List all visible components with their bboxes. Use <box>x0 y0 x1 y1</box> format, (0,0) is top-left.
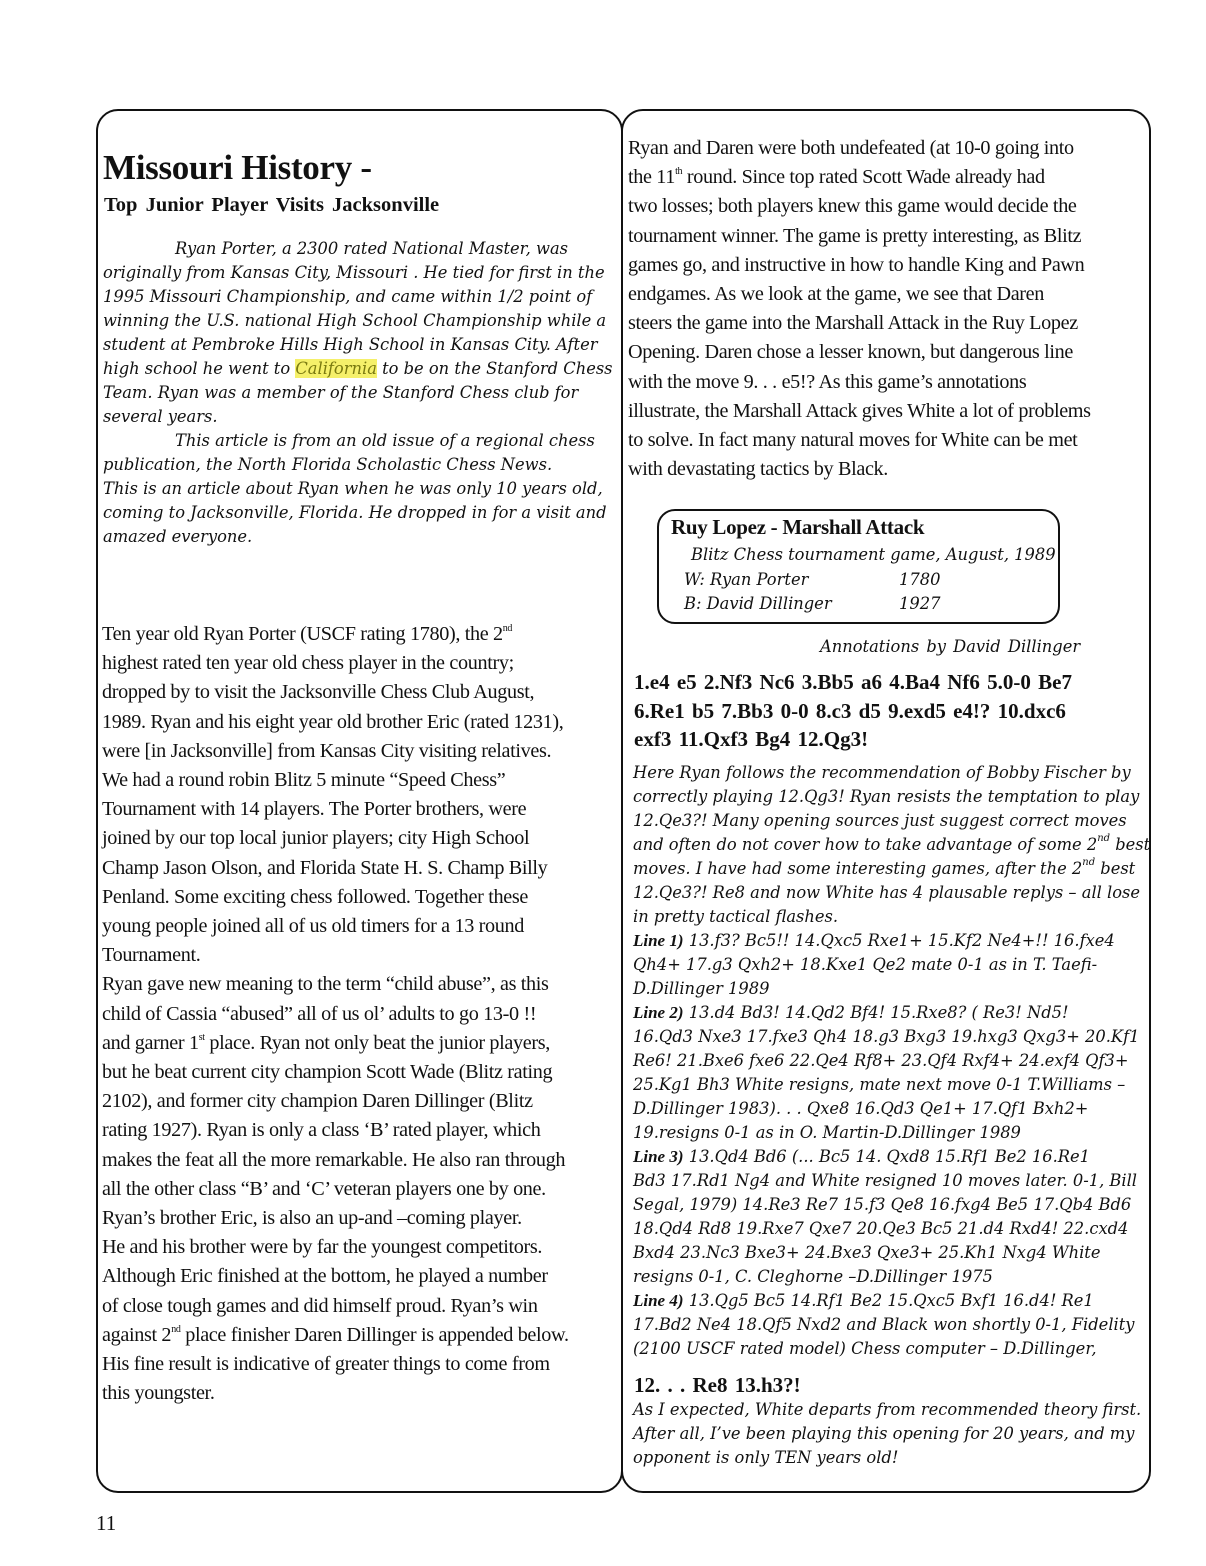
variation-line: Line 3) 13.Qd4 Bd6 (... Bc5 14. Qxd8 15.… <box>633 1145 1150 1169</box>
move-line: exf3 11.Qxf3 Bg4 12.Qg3! <box>634 725 1072 754</box>
body-line: the 11th round. Since top rated Scott Wa… <box>628 163 1148 192</box>
page-number: 11 <box>96 1511 116 1536</box>
superscript: st <box>199 1032 205 1043</box>
body-line: We had a round robin Blitz 5 minute “Spe… <box>102 766 622 795</box>
intro-line: coming to Jacksonville, Florida. He drop… <box>103 501 623 525</box>
article-title: Missouri History - <box>103 148 372 188</box>
note-line: Qh4+ 17.g3 Qxh2+ 18.Kxe1 Qe2 mate 0-1 as… <box>633 953 1150 977</box>
main-moves: 1.e4 e5 2.Nf3 Nc6 3.Bb5 a6 4.Ba4 Nf6 5.0… <box>634 668 1072 754</box>
body-line: rating 1927). Ryan is only a class ‘B’ r… <box>102 1116 622 1145</box>
note-line: 19.resigns 0-1 as in O. Martin-D.Dilling… <box>633 1121 1150 1145</box>
body-line: Ryan’s brother Eric, is also an up-and –… <box>102 1204 622 1233</box>
body-line: steers the game into the Marshall Attack… <box>628 309 1148 338</box>
variation-line: Line 4) 13.Qg5 Bc5 14.Rf1 Be2 15.Qxc5 Bx… <box>633 1289 1150 1313</box>
body-line: were [in Jacksonville] from Kansas City … <box>102 737 622 766</box>
move-line: 6.Re1 b5 7.Bb3 0-0 8.c3 d5 9.exd5 e4!? 1… <box>634 697 1072 726</box>
intro-line: high school he went to California to be … <box>103 357 623 381</box>
body-line: this youngster. <box>102 1379 622 1408</box>
note-line: After all, I’ve been playing this openin… <box>633 1422 1141 1446</box>
variation-line: Line 2) 13.d4 Bd3! 14.Qd2 Bf4! 15.Rxe8? … <box>633 1001 1150 1025</box>
body-line: against 2nd place finisher Daren Dilling… <box>102 1321 622 1350</box>
body-line: 1989. Ryan and his eight year old brothe… <box>102 708 622 737</box>
intro-line: Team. Ryan was a member of the Stanford … <box>103 381 623 405</box>
superscript: nd <box>171 1324 180 1335</box>
body-line: Ten year old Ryan Porter (USCF rating 17… <box>102 620 622 649</box>
intro-paragraph: Ryan Porter, a 2300 rated National Maste… <box>103 237 623 549</box>
note-line: 17.Bd2 Ne4 18.Qf5 Nxd2 and Black won sho… <box>633 1313 1150 1337</box>
right-body-text: Ryan and Daren were both undefeated (at … <box>628 134 1148 484</box>
intro-line: originally from Kansas City, Missouri . … <box>103 261 623 285</box>
note-line: resigns 0-1, C. Cleghorne –D.Dillinger 1… <box>633 1265 1150 1289</box>
note-line: D.Dillinger 1983). . . Qxe8 16.Qd3 Qe1+ … <box>633 1097 1150 1121</box>
body-line: all the other class “B’ and ‘C’ veteran … <box>102 1175 622 1204</box>
closing-notes: As I expected, White departs from recomm… <box>633 1398 1141 1470</box>
note-line: Bxd4 23.Nc3 Bxe3+ 24.Bxe3 Qxe3+ 25.Kh1 N… <box>633 1241 1150 1265</box>
intro-line: publication, the North Florida Scholasti… <box>103 453 623 477</box>
body-line: Ryan gave new meaning to the term “child… <box>102 970 622 999</box>
variation-label: Line 4) <box>633 1291 684 1310</box>
note-line: and often do not cover how to take advan… <box>633 833 1150 857</box>
black-player: B: David Dillinger <box>684 594 832 613</box>
body-line: Champ Jason Olson, and Florida State H. … <box>102 854 622 883</box>
note-line: Segal, 1979) 14.Re3 Re7 15.f3 Qe8 16.fxg… <box>633 1193 1150 1217</box>
note-line: Re6! 21.Bxe6 fxe6 22.Qe4 Rf8+ 23.Qf4 Rxf… <box>633 1049 1150 1073</box>
intro-line: winning the U.S. national High School Ch… <box>103 309 623 333</box>
body-line: and garner 1st place. Ryan not only beat… <box>102 1029 622 1058</box>
body-line: Tournament. <box>102 941 622 970</box>
black-rating: 1927 <box>899 594 940 613</box>
body-line: tournament winner. The game is pretty in… <box>628 222 1148 251</box>
variation-label: Line 1) <box>633 931 684 950</box>
note-line: D.Dillinger 1989 <box>633 977 1150 1001</box>
intro-line: several years. <box>103 405 623 429</box>
white-player: W: Ryan Porter <box>684 570 808 589</box>
intro-line: This is an article about Ryan when he wa… <box>103 477 623 501</box>
body-line: joined by our top local junior players; … <box>102 824 622 853</box>
body-line: He and his brother were by far the young… <box>102 1233 622 1262</box>
body-line: Penland. Some exciting chess followed. T… <box>102 883 622 912</box>
body-line: to solve. In fact many natural moves for… <box>628 426 1148 455</box>
intro-line: Ryan Porter, a 2300 rated National Maste… <box>103 237 623 261</box>
game-title: Ruy Lopez - Marshall Attack <box>671 515 924 540</box>
left-body-text: Ten year old Ryan Porter (USCF rating 17… <box>102 620 622 1408</box>
variation-label: Line 2) <box>633 1003 684 1022</box>
note-line: As I expected, White departs from recomm… <box>633 1398 1141 1422</box>
body-line: 2102), and former city champion Daren Di… <box>102 1087 622 1116</box>
intro-line: This article is from an old issue of a r… <box>103 429 623 453</box>
body-line: endgames. As we look at the game, we see… <box>628 280 1148 309</box>
note-line: 12.Qe3?! Re8 and now White has 4 plausab… <box>633 881 1150 905</box>
body-line: dropped by to visit the Jacksonville Che… <box>102 678 622 707</box>
body-line: Opening. Daren chose a lesser known, but… <box>628 338 1148 367</box>
body-line: of close tough games and did himself pro… <box>102 1292 622 1321</box>
superscript: nd <box>1097 833 1110 844</box>
body-line: Although Eric finished at the bottom, he… <box>102 1262 622 1291</box>
continuation-moves: 12. . . Re8 13.h3?! <box>634 1373 801 1398</box>
note-line: 18.Qd4 Rd8 19.Rxe7 Qxe7 20.Qe3 Bc5 21.d4… <box>633 1217 1150 1241</box>
superscript: nd <box>503 623 512 634</box>
variation-label: Line 3) <box>633 1147 684 1166</box>
move-line: 1.e4 e5 2.Nf3 Nc6 3.Bb5 a6 4.Ba4 Nf6 5.0… <box>634 668 1072 697</box>
note-line: 12.Qe3?! Many opening sources just sugge… <box>633 809 1150 833</box>
body-line: makes the feat all the more remarkable. … <box>102 1146 622 1175</box>
body-line: two losses; both players knew this game … <box>628 192 1148 221</box>
superscript: nd <box>1082 857 1095 868</box>
note-line: Here Ryan follows the recommendation of … <box>633 761 1150 785</box>
body-line: illustrate, the Marshall Attack gives Wh… <box>628 397 1148 426</box>
body-line: Ryan and Daren were both undefeated (at … <box>628 134 1148 163</box>
annotation-notes: Here Ryan follows the recommendation of … <box>633 761 1150 1361</box>
body-line: games go, and instructive in how to hand… <box>628 251 1148 280</box>
note-line: correctly playing 12.Qg3! Ryan resists t… <box>633 785 1150 809</box>
note-line: (2100 USCF rated model) Chess computer –… <box>633 1337 1150 1361</box>
article-subtitle: Top Junior Player Visits Jacksonville <box>104 194 439 217</box>
body-line: with devastating tactics by Black. <box>628 455 1148 484</box>
intro-line: student at Pembroke Hills High School in… <box>103 333 623 357</box>
highlighted-word: California <box>295 359 377 378</box>
body-line: His fine result is indicative of greater… <box>102 1350 622 1379</box>
body-line: young people joined all of us old timers… <box>102 912 622 941</box>
note-line: 16.Qd3 Nxe3 17.fxe3 Qh4 18.g3 Bxg3 19.hx… <box>633 1025 1150 1049</box>
intro-line: 1995 Missouri Championship, and came wit… <box>103 285 623 309</box>
note-line: opponent is only TEN years old! <box>633 1446 1141 1470</box>
body-line: highest rated ten year old chess player … <box>102 649 622 678</box>
body-line: but he beat current city champion Scott … <box>102 1058 622 1087</box>
body-line: child of Cassia “abused” all of us ol’ a… <box>102 1000 622 1029</box>
body-line: Tournament with 14 players. The Porter b… <box>102 795 622 824</box>
body-line: with the move 9. . . e5!? As this game’s… <box>628 368 1148 397</box>
note-line: Bd3 17.Rd1 Ng4 and White resigned 10 mov… <box>633 1169 1150 1193</box>
superscript: th <box>675 166 682 177</box>
white-rating: 1780 <box>899 570 940 589</box>
game-event: Blitz Chess tournament game, August, 198… <box>691 545 1056 564</box>
note-line: in pretty tactical flashes. <box>633 905 1150 929</box>
intro-line: amazed everyone. <box>103 525 623 549</box>
annotations-credit: Annotations by David Dillinger <box>820 637 1080 656</box>
note-line: 25.Kg1 Bh3 White resigns, mate next move… <box>633 1073 1150 1097</box>
variation-line: Line 1) 13.f3? Bc5!! 14.Qxc5 Rxe1+ 15.Kf… <box>633 929 1150 953</box>
note-line: moves. I have had some interesting games… <box>633 857 1150 881</box>
